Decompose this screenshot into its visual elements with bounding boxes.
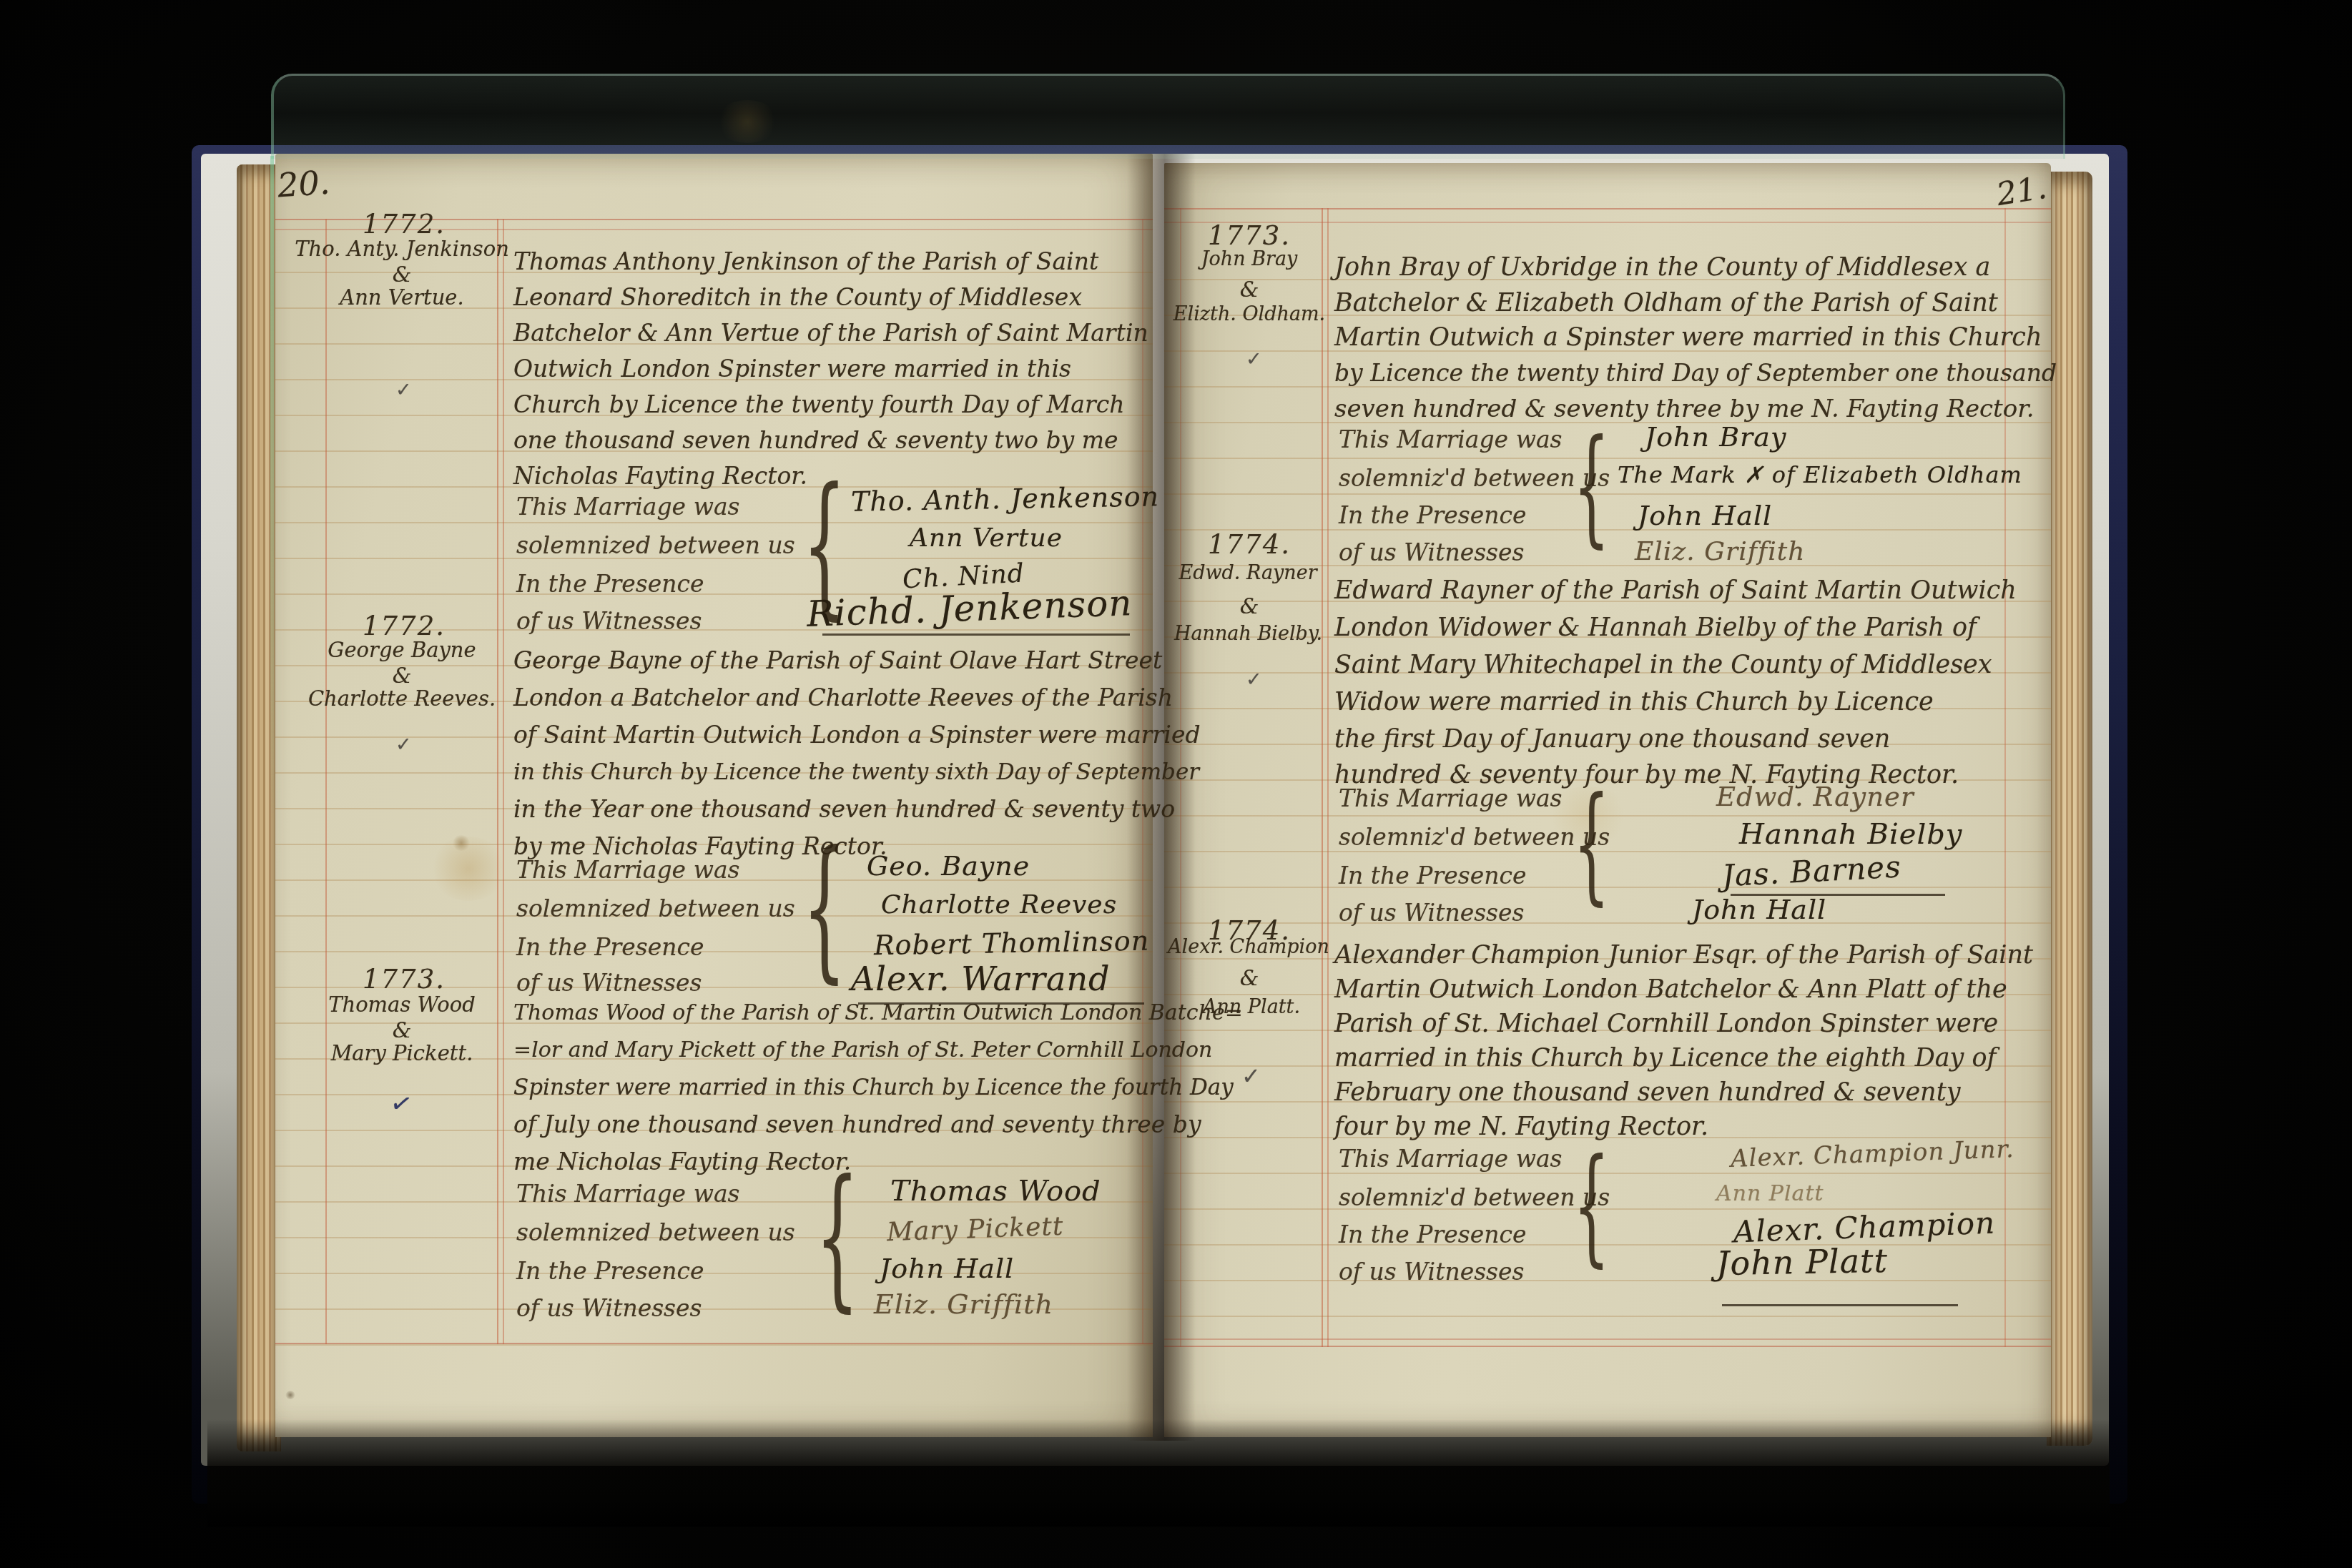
entry-text-line: Nicholas Fayting Rector.	[513, 458, 807, 494]
bottom-shadow	[207, 1419, 2110, 1527]
check-mark: ✓	[1246, 669, 1262, 691]
glass-sheet-side-edge	[270, 156, 274, 821]
entry-text-line: Widow were married in this Church by Lic…	[1334, 684, 1934, 720]
formula-line: In the Presence	[1339, 862, 1527, 889]
entry-text-line: of July one thousand seven hundred and s…	[513, 1107, 1201, 1143]
signature-witness: John Platt	[1716, 1241, 1889, 1283]
formula-line: solemnized between us	[516, 1218, 795, 1246]
entry-text-line: Leonard Shoreditch in the County of Midd…	[513, 280, 1082, 315]
entry-ampersand: &	[1170, 277, 1329, 302]
formula-line: of us Witnesses	[516, 969, 702, 997]
separator-line	[497, 219, 498, 1344]
formula-line: solemnized between us	[516, 894, 795, 922]
signature-groom: Edwd. Rayner	[1716, 781, 1914, 812]
entry-text-line: of Saint Martin Outwich London a Spinste…	[513, 717, 1201, 753]
signature-bride: Hannah Bielby	[1739, 818, 1962, 851]
signature-witness: John Hall	[1692, 894, 1826, 925]
entry-text-line: Alexander Champion Junior Esqr. of the P…	[1334, 937, 2033, 973]
entry-ampersand: &	[295, 664, 509, 689]
signature-bride: Mary Pickett	[886, 1212, 1064, 1248]
formula-line: This Marriage was	[1339, 784, 1563, 812]
formula-line: In the Presence	[516, 933, 704, 961]
separator-line	[1322, 208, 1323, 1347]
entry-text-line: Edward Rayner of the Parish of Saint Mar…	[1334, 573, 2017, 608]
formula-line: of us Witnesses	[1339, 1258, 1525, 1286]
formula-line: solemniz'd between us	[1339, 464, 1610, 492]
signature-groom: Tho. Anth. Jenkenson	[851, 480, 1160, 518]
check-mark: ✓	[1241, 1062, 1261, 1090]
entry-ampersand: &	[1174, 594, 1324, 619]
entry-text-line: Martin Outwich a Spinster were married i…	[1334, 320, 2042, 355]
entry-year: 1773.	[304, 964, 504, 995]
entry-year: 1774.	[1174, 529, 1324, 560]
entry-text-line: one thousand seven hundred & seventy two…	[513, 423, 1118, 458]
formula-line: In the Presence	[516, 570, 704, 598]
entry-ampersand: &	[1174, 966, 1324, 991]
signature-brace: {	[815, 1161, 860, 1313]
entry-groom: Thomas Wood	[295, 992, 509, 1017]
page-number-right: 21.	[1994, 169, 2049, 213]
signature-witness: John Hall	[880, 1253, 1014, 1284]
signature-brace: {	[1573, 1143, 1610, 1268]
register-photo: 20. 21. 1772. Tho. Anty. Jenkinson & Ann…	[0, 0, 2352, 1568]
formula-line: of us Witnesses	[1339, 538, 1525, 566]
entry-bride: Charlotte Reeves.	[287, 686, 516, 711]
entry-year: 1773.	[1174, 220, 1324, 251]
entry-text-line: Batchelor & Elizabeth Oldham of the Pari…	[1334, 285, 1998, 321]
signature-witness: Eliz. Griffith	[1635, 537, 1805, 566]
footer-line	[275, 1343, 1153, 1344]
entry-text-line: Parish of St. Michael Cornhill London Sp…	[1334, 1006, 1998, 1042]
entry-text-line: John Bray of Uxbridge in the County of M…	[1334, 250, 1990, 285]
signature-brace: {	[1573, 423, 1610, 549]
signature-brace: {	[1573, 781, 1610, 907]
entry-groom: John Bray	[1170, 248, 1329, 270]
page-edges-left	[237, 164, 281, 1451]
entry-text-line: Saint Mary Whitechapel in the County of …	[1334, 647, 1992, 683]
formula-line: solemniz'd between us	[1339, 1183, 1610, 1211]
entry-text-line: George Bayne of the Parish of Saint Olav…	[513, 643, 1162, 679]
formula-line: of us Witnesses	[516, 607, 702, 635]
signature-bride-mark: The Mark ✗ of Elizabeth Oldham	[1618, 461, 2022, 488]
entry-text-line: Spinster were married in this Church by …	[513, 1070, 1234, 1105]
entry-bride: Ann Vertue.	[295, 285, 509, 310]
entry-ampersand: &	[295, 1018, 509, 1043]
entry-bride: Elizth. Oldham.	[1166, 303, 1333, 325]
check-mark: ✓	[1246, 348, 1262, 370]
margin-line	[325, 219, 327, 1344]
signature-witness: Alexr. Warrand	[851, 960, 1110, 998]
entry-text-line: =lor and Mary Pickett of the Parish of S…	[513, 1032, 1212, 1068]
page-number-left: 20.	[276, 163, 331, 205]
entry-text-line: me Nicholas Fayting Rector.	[513, 1144, 851, 1180]
entry-groom: George Bayne	[295, 638, 509, 662]
entry-text-line: the first Day of January one thousand se…	[1334, 721, 1890, 757]
signature-bride: Ann Platt	[1716, 1181, 1824, 1206]
entry-text-line: London Widower & Hannah Bielby of the Pa…	[1334, 610, 1977, 646]
entry-text-line: Martin Outwich London Batchelor & Ann Pl…	[1334, 972, 2007, 1007]
stain	[452, 835, 471, 851]
formula-line: In the Presence	[516, 1257, 704, 1285]
entry-groom: Edwd. Rayner	[1167, 562, 1329, 584]
entry-groom: Alexr. Champion	[1163, 936, 1334, 958]
formula-line: This Marriage was	[516, 493, 740, 521]
entry-text-line: by Licence the twenty third Day of Septe…	[1334, 355, 2057, 391]
signature-flourish	[1722, 1286, 1958, 1306]
check-mark: ✓	[395, 379, 412, 401]
formula-line: of us Witnesses	[516, 1294, 702, 1322]
header-line	[1164, 208, 2051, 209]
separator-line	[503, 219, 504, 1344]
entry-text-line: Church by Licence the twenty fourth Day …	[513, 387, 1124, 423]
signature-groom: Geo. Bayne	[867, 850, 1030, 882]
signature-witness: John Hall	[1638, 500, 1772, 531]
signature-witness: Robert Thomlinson	[874, 925, 1150, 962]
formula-line: In the Presence	[1339, 1221, 1527, 1248]
signature-brace: {	[802, 832, 847, 984]
entry-bride: Mary Pickett.	[295, 1041, 509, 1065]
glass-sheet-edge	[271, 74, 2065, 159]
formula-line: solemniz'd between us	[1339, 823, 1610, 851]
entry-year: 1772.	[304, 611, 504, 641]
signature-witness: Eliz. Griffith	[874, 1288, 1053, 1320]
formula-line: This Marriage was	[516, 1180, 740, 1208]
signature-groom: Thomas Wood	[890, 1175, 1101, 1208]
signature-groom: John Bray	[1645, 421, 1786, 453]
entry-text-line: London a Batchelor and Charlotte Reeves …	[513, 680, 1173, 716]
check-mark: ✓	[395, 734, 412, 756]
formula-line: of us Witnesses	[1339, 899, 1525, 927]
formula-line: In the Presence	[1339, 501, 1527, 529]
stain	[285, 1391, 295, 1399]
separator-line	[1327, 208, 1329, 1347]
entry-ampersand: &	[295, 262, 509, 287]
entry-year: 1772.	[304, 209, 504, 240]
entry-text-line: married in this Church by Licence the ei…	[1334, 1040, 1996, 1076]
footer-line	[1164, 1338, 2051, 1340]
formula-line: This Marriage was	[1339, 425, 1563, 453]
entry-text-line: Thomas Wood of the Parish of St. Martin …	[513, 995, 1243, 1031]
footer-line	[1164, 1346, 2051, 1347]
signature-bride: Charlotte Reeves	[881, 890, 1117, 919]
entry-text-line: Thomas Anthony Jenkinson of the Parish o…	[513, 244, 1098, 280]
entry-bride: Ann Platt.	[1170, 996, 1333, 1018]
entry-text-line: February one thousand seven hundred & se…	[1334, 1075, 1960, 1110]
formula-line: This Marriage was	[1339, 1145, 1563, 1173]
entry-text-line: Outwich London Spinster were married in …	[513, 351, 1071, 387]
entry-text-line: Batchelor & Ann Vertue of the Parish of …	[513, 315, 1148, 351]
entry-bride: Hannah Bielby.	[1164, 623, 1332, 645]
formula-line: This Marriage was	[516, 856, 740, 884]
signature-bride: Ann Vertue	[910, 523, 1063, 553]
entry-groom: Tho. Anty. Jenkinson	[295, 237, 509, 261]
entry-text-line: four by me N. Fayting Rector.	[1334, 1109, 1708, 1145]
entry-text-line: in this Church by Licence the twenty six…	[513, 754, 1199, 790]
formula-line: solemnized between us	[516, 531, 795, 559]
